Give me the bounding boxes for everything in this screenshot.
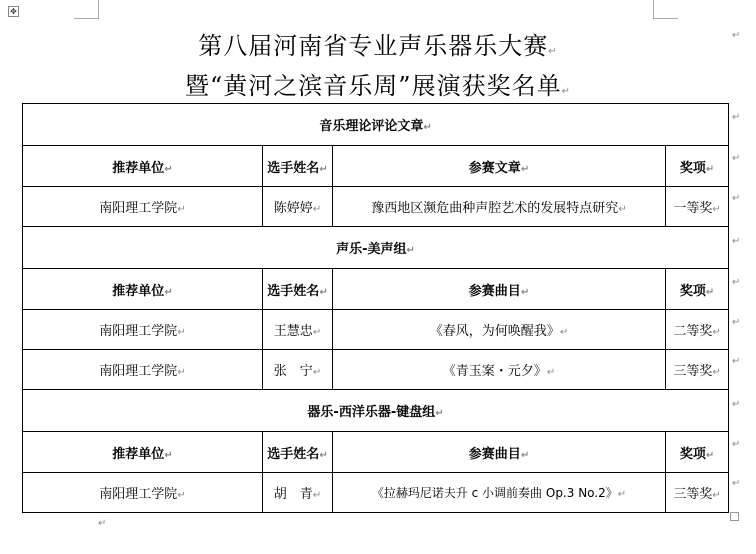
paragraph-mark-icon: ↵ (98, 518, 106, 529)
cell-work[interactable]: 豫西地区濒危曲种声腔艺术的发展特点研究↵ (333, 187, 666, 227)
section-title[interactable]: 器乐-西洋乐器-键盘组↵ (23, 390, 729, 432)
section-header-row: 音乐理论评论文章↵ (23, 104, 729, 146)
document-title-line-2: 暨“黄河之滨音乐周”展演获奖名单↵ (0, 66, 756, 101)
cell-award[interactable]: 三等奖↵ (666, 473, 729, 513)
paragraph-mark-icon: ↵ (562, 86, 571, 97)
row-end-mark-icon: ↵ (732, 112, 740, 123)
row-end-mark-icon: ↵ (732, 153, 740, 164)
row-end-mark-icon: ↵ (732, 277, 740, 288)
section-title[interactable]: 声乐-美声组↵ (23, 227, 729, 269)
cell-name[interactable]: 胡 青↵ (263, 473, 333, 513)
header-award[interactable]: 奖项↵ (666, 269, 729, 310)
table-row: 南阳理工学院↵ 陈婷婷↵ 豫西地区濒危曲种声腔艺术的发展特点研究↵ 一等奖↵ (23, 187, 729, 227)
header-award[interactable]: 奖项↵ (666, 432, 729, 473)
cell-unit[interactable]: 南阳理工学院↵ (23, 350, 263, 390)
table-row: 南阳理工学院↵ 胡 青↵ 《拉赫玛尼诺夫升 c 小调前奏曲 Op.3 No.2》… (23, 473, 729, 513)
cell-name[interactable]: 陈婷婷↵ (263, 187, 333, 227)
cell-name[interactable]: 王慧忠↵ (263, 310, 333, 350)
row-end-mark-icon: ↵ (732, 439, 740, 450)
column-header-row: 推荐单位↵ 选手姓名↵ 参赛曲目↵ 奖项↵ (23, 269, 729, 310)
section-header-row: 器乐-西洋乐器-键盘组↵ (23, 390, 729, 432)
row-end-mark-icon: ↵ (732, 399, 740, 410)
cell-work[interactable]: 《拉赫玛尼诺夫升 c 小调前奏曲 Op.3 No.2》↵ (333, 473, 666, 513)
table-row: 南阳理工学院↵ 王慧忠↵ 《春风，为何唤醒我》↵ 二等奖↵ (23, 310, 729, 350)
title-text-2: 暨“黄河之滨音乐周”展演获奖名单 (185, 72, 562, 100)
header-work[interactable]: 参赛曲目↵ (333, 269, 666, 310)
cell-unit[interactable]: 南阳理工学院↵ (23, 473, 263, 513)
column-header-row: 推荐单位↵ 选手姓名↵ 参赛曲目↵ 奖项↵ (23, 432, 729, 473)
cell-award[interactable]: 一等奖↵ (666, 187, 729, 227)
cell-unit[interactable]: 南阳理工学院↵ (23, 310, 263, 350)
column-header-row: 推荐单位↵ 选手姓名↵ 参赛文章↵ 奖项↵ (23, 146, 729, 187)
header-unit[interactable]: 推荐单位↵ (23, 146, 263, 187)
document-title-line-1: 第八届河南省专业声乐器乐大赛↵ (0, 26, 756, 61)
page-margin-corner-top-right (653, 0, 678, 19)
cell-unit[interactable]: 南阳理工学院↵ (23, 187, 263, 227)
row-end-mark-icon: ↵ (732, 236, 740, 247)
cell-award[interactable]: 二等奖↵ (666, 310, 729, 350)
cell-work[interactable]: 《春风，为何唤醒我》↵ (333, 310, 666, 350)
title-text-1: 第八届河南省专业声乐器乐大赛 (198, 32, 548, 60)
table-move-handle-icon[interactable]: ✥ (8, 6, 19, 17)
awards-table: 音乐理论评论文章↵ 推荐单位↵ 选手姓名↵ 参赛文章↵ 奖项↵ 南阳理工学院↵ … (22, 103, 729, 513)
section-title[interactable]: 音乐理论评论文章↵ (23, 104, 729, 146)
header-unit[interactable]: 推荐单位↵ (23, 432, 263, 473)
header-name[interactable]: 选手姓名↵ (263, 146, 333, 187)
page-margin-corner-top-left (74, 0, 99, 19)
cell-award[interactable]: 三等奖↵ (666, 350, 729, 390)
table-row: 南阳理工学院↵ 张 宁↵ 《青玉案・元夕》↵ 三等奖↵ (23, 350, 729, 390)
paragraph-mark-icon: ↵ (548, 46, 557, 57)
paragraph-mark-icon: ↵ (732, 30, 740, 41)
row-end-mark-icon: ↵ (732, 193, 740, 204)
header-award[interactable]: 奖项↵ (666, 146, 729, 187)
header-name[interactable]: 选手姓名↵ (263, 269, 333, 310)
header-work[interactable]: 参赛曲目↵ (333, 432, 666, 473)
header-name[interactable]: 选手姓名↵ (263, 432, 333, 473)
cell-work[interactable]: 《青玉案・元夕》↵ (333, 350, 666, 390)
header-work[interactable]: 参赛文章↵ (333, 146, 666, 187)
header-unit[interactable]: 推荐单位↵ (23, 269, 263, 310)
cell-name[interactable]: 张 宁↵ (263, 350, 333, 390)
section-header-row: 声乐-美声组↵ (23, 227, 729, 269)
row-end-mark-icon: ↵ (732, 317, 740, 328)
table-resize-handle[interactable] (730, 512, 739, 521)
row-end-mark-icon: ↵ (732, 478, 740, 489)
row-end-mark-icon: ↵ (732, 356, 740, 367)
